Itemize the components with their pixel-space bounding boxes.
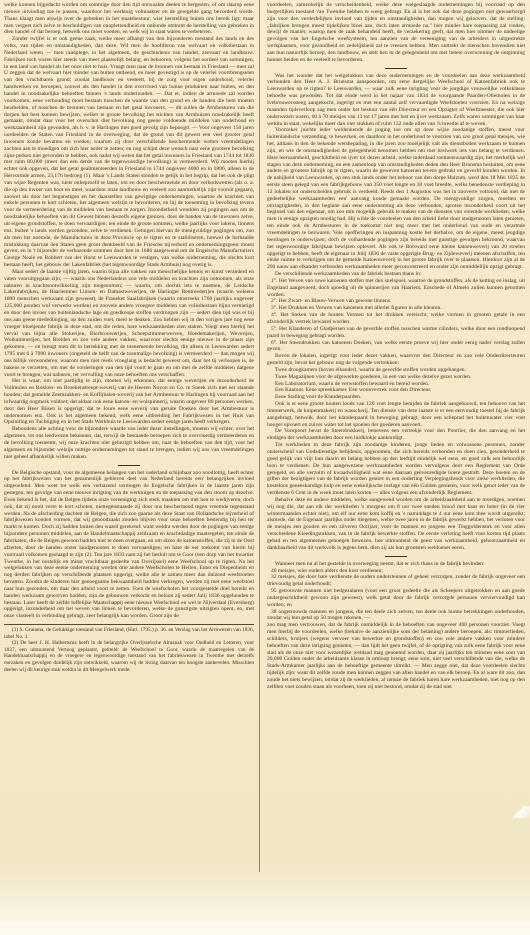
footnotes: (1) S. Gratama, de Gelukkige toestand va… xyxy=(4,627,254,673)
paragraph: Twee Magazijnen voor de afgewerkte goede… xyxy=(267,374,525,381)
page-bottom-margin xyxy=(0,921,530,935)
paragraph: welke konnen bijgedacht worden om sommig… xyxy=(4,2,254,36)
left-column: welke konnen bijgedacht worden om sommig… xyxy=(4,2,254,673)
paragraph: Was het wonder dat het welgelukken van d… xyxy=(267,73,525,128)
paragraph: Zonder twijfel is er ook geene zaak, wel… xyxy=(4,36,254,269)
paragraph: Ook is er eene groote houten loods van 1… xyxy=(267,401,525,428)
paragraph: De Belgische opstand, voor de algemeene … xyxy=(4,470,254,621)
paragraph: Tot werklieden in deze fabrijk zijn zood… xyxy=(267,442,525,497)
footnote: (1) S. Gratama, de Gelukkige toestand va… xyxy=(4,627,254,640)
footnote-divider xyxy=(4,624,254,625)
section-divider xyxy=(118,465,140,466)
paragraph: Maar sedert de laatste vijftig jaren, wa… xyxy=(4,269,254,379)
column-divider xyxy=(259,0,260,872)
stats-item: 38 ongetrouwde mannen en jongens, die te… xyxy=(267,609,525,623)
footnote: (2) De heer J. H. Halbertsma heeft in de… xyxy=(4,640,254,673)
newspaper-page: welke konnen bijgedacht worden om sommig… xyxy=(0,0,530,935)
folded-page-corner xyxy=(508,806,530,818)
section-divider xyxy=(385,556,407,557)
paragraph: Behalve deze en andere middelen, welke a… xyxy=(267,497,525,552)
list-item: 6°. Het Steendrukken van katoenen Doeken… xyxy=(267,340,525,354)
paragraph: De verschillende werkzaamheden van de fa… xyxy=(267,271,525,278)
paragraph: Een Laboratorium, waarin de verwstoffen … xyxy=(267,381,525,388)
paragraph: Een Kantoor. Eene spreekkamer. Een woonv… xyxy=(267,387,525,394)
paragraph: Het is waar, om niet partijdig te zijn, … xyxy=(4,378,254,426)
right-column: voordeelen, zamenkelijk de verscheidenhe… xyxy=(267,2,525,691)
stats-item: 32 meisjes, die door hare verdienste de … xyxy=(267,574,525,588)
list-item: 1°. Het Weven van ruwe katoenen stoffen … xyxy=(267,278,525,299)
list-item: 4°. Het Steken van de houten Vormen tot … xyxy=(267,312,525,326)
paragraph: Voorzeker juichte ieder weldenkende de p… xyxy=(267,127,525,271)
paragraph: Twee droogkamers (boven elkander), waari… xyxy=(267,367,525,374)
list-item: 5°. Het Klanderen of Gladpersen van de g… xyxy=(267,326,525,340)
paragraph: Wanneer men nu al het gestelde in overwe… xyxy=(267,561,525,568)
paragraph: zoo mag men vertrouwen, dat de fabrijk o… xyxy=(267,622,525,690)
paragraph: Boven de lokalen, ingerigt voor ieder de… xyxy=(267,353,525,367)
paragraph: Behoudens alle achting voor de bijzonder… xyxy=(4,426,254,460)
section-divider xyxy=(385,68,407,69)
paragraph: De Voorpoort bevat de Steendrukkerij, be… xyxy=(267,428,525,442)
paragraph: voordeelen, zamenkelijk de verscheidenhe… xyxy=(267,2,525,64)
stats-item: 95 getrouwde mannen niet bedgezalaren (v… xyxy=(267,588,525,609)
